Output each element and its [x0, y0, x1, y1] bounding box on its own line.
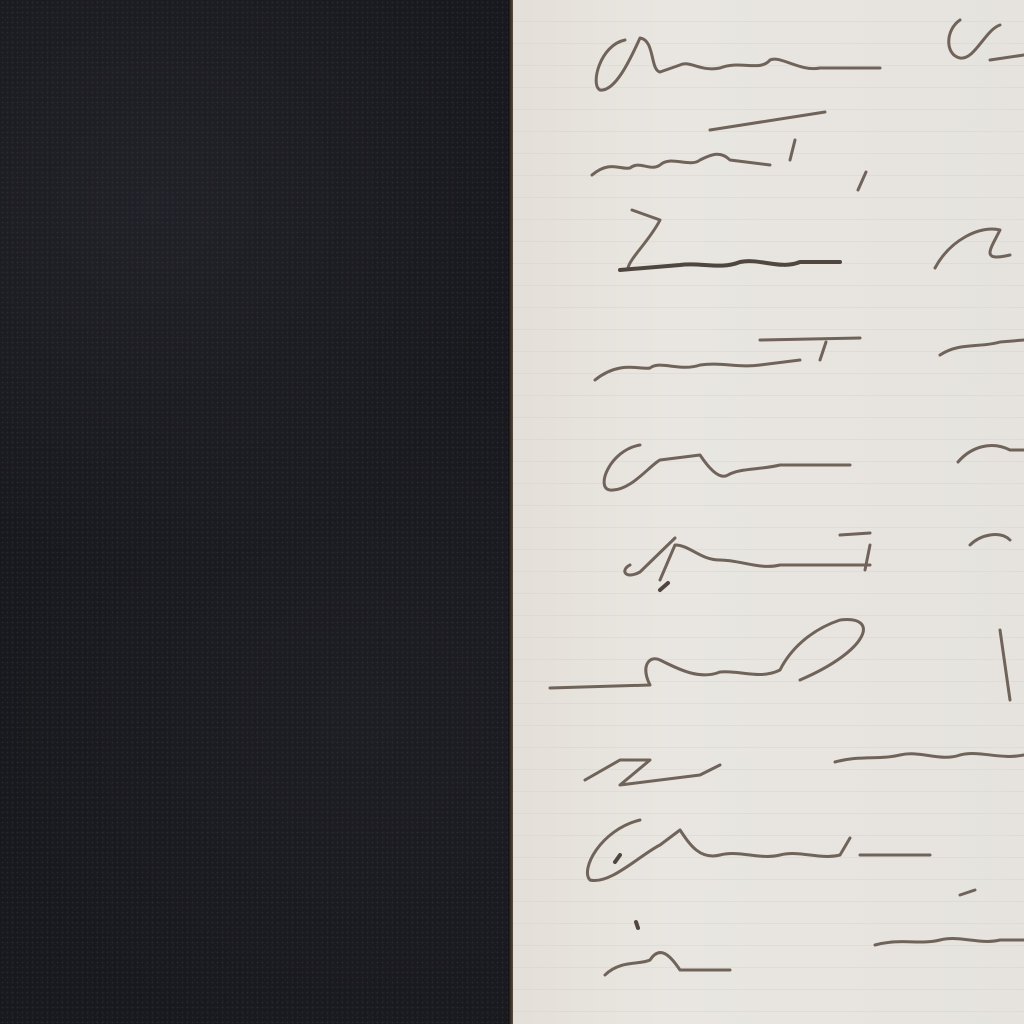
handwriting-strokes — [0, 0, 1024, 1024]
